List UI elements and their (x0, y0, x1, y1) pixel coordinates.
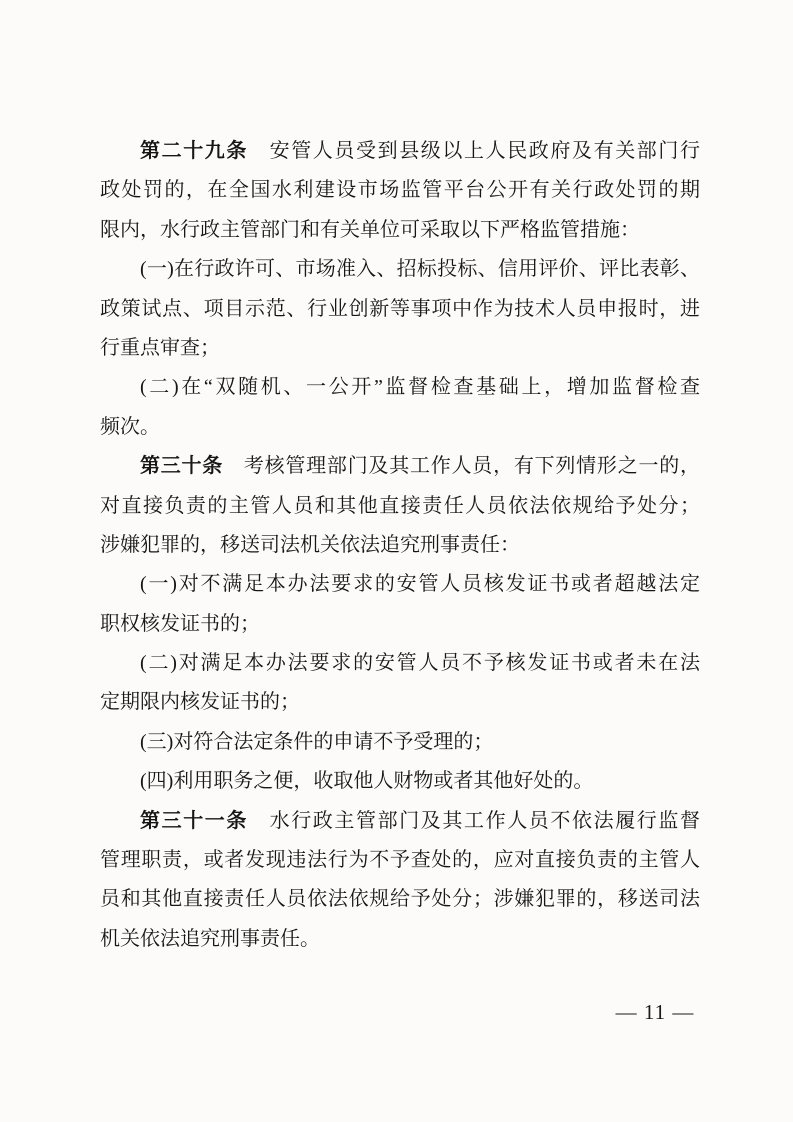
text-line: 第二十九条 安管人员受到县级以上人民政府及有关部门行 (100, 132, 700, 171)
text-line: 政处罚的，在全国水利建设市场监管平台公开有关行政处罚的期 (100, 171, 700, 210)
text-line: 管理职责，或者发现违法行为不予查处的，应对直接负责的主管人 (100, 841, 700, 880)
text-line: (二)对满足本办法要求的安管人员不予核发证书或者未在法 (100, 644, 700, 683)
line-text: 限内，水行政主管部门和有关单位可采取以下严格监管措施： (100, 219, 640, 241)
text-line: 职权核发证书的； (100, 605, 700, 644)
article-number: 第三十条 (140, 455, 223, 477)
line-text: 水行政主管部门及其工作人员不依法履行监督 (248, 810, 700, 832)
line-text: (一)在行政许可、市场准入、招标投标、信用评价、评比表彰、 (140, 258, 700, 280)
text-line: 政策试点、项目示范、行业创新等事项中作为技术人员申报时，进 (100, 290, 700, 329)
line-text: 政策试点、项目示范、行业创新等事项中作为技术人员申报时，进 (100, 298, 700, 320)
line-text: 安管人员受到县级以上人民政府及有关部门行 (248, 140, 700, 162)
text-line: 第三十一条 水行政主管部门及其工作人员不依法履行监督 (100, 802, 700, 841)
line-text: (一)对不满足本办法要求的安管人员核发证书或者超越法定 (140, 573, 700, 595)
line-text: 管理职责，或者发现违法行为不予查处的，应对直接负责的主管人 (100, 849, 700, 871)
document-page: 第二十九条 安管人员受到县级以上人民政府及有关部门行 政处罚的，在全国水利建设市… (0, 0, 793, 1122)
text-line: 频次。 (100, 408, 700, 447)
text-line: 第三十条 考核管理部门及其工作人员，有下列情形之一的， (100, 447, 700, 486)
page-number: — 11 — (590, 1000, 720, 1025)
line-text: 频次。 (100, 416, 160, 438)
line-text: (二)对满足本办法要求的安管人员不予核发证书或者未在法 (140, 652, 700, 674)
line-text: 对直接负责的主管人员和其他直接责任人员依法依规给予处分； (100, 495, 700, 517)
line-text: 行重点审查； (100, 337, 220, 359)
article-number: 第二十九条 (140, 140, 248, 162)
text-line: (三)对符合法定条件的申请不予受理的； (100, 723, 700, 762)
text-line: (一)对不满足本办法要求的安管人员核发证书或者超越法定 (100, 565, 700, 604)
text-line: 对直接负责的主管人员和其他直接责任人员依法依规给予处分； (100, 487, 700, 526)
article-number: 第三十一条 (140, 810, 248, 832)
text-line: 员和其他直接责任人员依法依规给予处分；涉嫌犯罪的，移送司法 (100, 880, 700, 919)
text-line: 限内，水行政主管部门和有关单位可采取以下严格监管措施： (100, 211, 700, 250)
text-line: (一)在行政许可、市场准入、招标投标、信用评价、评比表彰、 (100, 250, 700, 289)
line-text: 职权核发证书的； (100, 613, 260, 635)
line-text: (二)在“双随机、一公开”监督检查基础上，增加监督检查 (140, 376, 700, 398)
line-text: (三)对符合法定条件的申请不予受理的； (140, 731, 493, 753)
line-text: 考核管理部门及其工作人员，有下列情形之一的， (223, 455, 700, 477)
text-line: 涉嫌犯罪的，移送司法机关依法追究刑事责任： (100, 526, 700, 565)
text-block: 第二十九条 安管人员受到县级以上人民政府及有关部门行 政处罚的，在全国水利建设市… (100, 132, 700, 959)
line-text: (四)利用职务之便，收取他人财物或者其他好处的。 (140, 770, 593, 792)
text-line: (二)在“双随机、一公开”监督检查基础上，增加监督检查 (100, 368, 700, 407)
text-line: 行重点审查； (100, 329, 700, 368)
text-line: 机关依法追究刑事责任。 (100, 920, 700, 959)
line-text: 机关依法追究刑事责任。 (100, 928, 320, 950)
text-line: (四)利用职务之便，收取他人财物或者其他好处的。 (100, 762, 700, 801)
line-text: 政处罚的，在全国水利建设市场监管平台公开有关行政处罚的期 (100, 179, 700, 201)
line-text: 员和其他直接责任人员依法依规给予处分；涉嫌犯罪的，移送司法 (100, 888, 700, 910)
line-text: 定期限内核发证书的； (100, 691, 300, 713)
text-line: 定期限内核发证书的； (100, 683, 700, 722)
line-text: 涉嫌犯罪的，移送司法机关依法追究刑事责任： (100, 534, 520, 556)
